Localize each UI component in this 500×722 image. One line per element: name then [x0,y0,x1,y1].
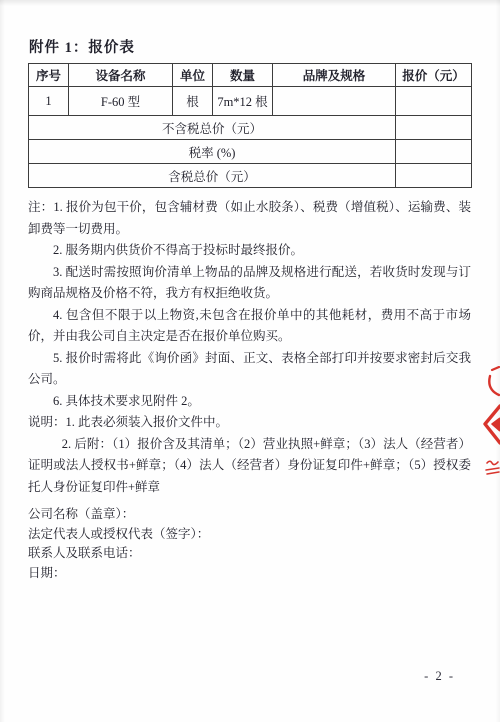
page-number: - 2 - [424,669,455,684]
col-header-price: 报价（元） [396,64,472,87]
note-item-6: 6. 具体技术要求见附件 2。 [28,391,471,413]
scanned-document-page: 附件 1：报价表 序号 设备名称 单位 数量 品牌及规格 报价（元） 1 [0,0,500,722]
summary-row-total-excl-tax: 不含税总价（元） [29,116,472,140]
col-header-quantity: 数量 [213,64,273,87]
summary-label-total-incl-tax: 含税总价（元） [29,164,396,188]
signature-line-date: 日期： [28,564,471,584]
summary-row-total-incl-tax: 含税总价（元） [29,164,472,188]
col-header-seq: 序号 [29,64,69,87]
cell-equipment-name: F-60 型 [69,87,173,116]
cell-brand-spec [273,87,396,116]
page-title: 附件 1：报价表 [29,36,471,57]
quotation-table: 序号 设备名称 单位 数量 品牌及规格 报价（元） 1 F-60 型 根 7m*… [28,63,472,188]
notes-section: 注：1. 报价为包干价，包含辅材费（如止水胶条）、税费（增值税）、运输费、装卸费… [28,197,471,498]
col-header-unit: 单位 [173,64,213,87]
summary-value-total-incl-tax [396,164,472,188]
table-header-row: 序号 设备名称 单位 数量 品牌及规格 报价（元） [29,64,472,87]
signature-line-company-name: 公司名称（盖章）： [28,505,471,525]
signature-section: 公司名称（盖章）： 法定代表人或授权代表（签字）： 联系人及联系电话： 日期： [28,505,471,583]
cell-seq: 1 [29,87,69,116]
red-handwriting-fragment-icon [485,366,500,398]
summary-label-tax-rate: 税率 (%) [29,140,396,164]
cell-quantity: 7m*12 根 [213,87,273,116]
signature-line-legal-representative: 法定代表人或授权代表（签字）： [28,525,471,545]
signature-line-contact: 联系人及联系电话： [28,544,471,564]
instruction-item-2: 2. 后附：（1）报价含及其清单；（2）营业执照+鲜章；（3）法人（经营者）证明… [28,434,471,499]
summary-value-tax-rate [396,140,472,164]
summary-label-total-excl-tax: 不含税总价（元） [29,116,396,140]
col-header-equipment-name: 设备名称 [69,64,173,87]
cell-price [396,87,472,116]
red-small-text-underline-icon [485,458,500,478]
instruction-item-1: 说明：1. 此表必须装入报价文件中。 [28,412,471,434]
summary-value-total-excl-tax [396,116,472,140]
summary-row-tax-rate: 税率 (%) [29,140,472,164]
note-item-2: 2. 服务期内供货价不得高于投标时最终报价。 [28,240,471,262]
note-item-1: 注：1. 报价为包干价，包含辅材费（如止水胶条）、税费（增值税）、运输费、装卸费… [28,197,471,240]
red-chevron-mark-icon [481,402,500,447]
note-item-4: 4. 包含但不限于以上物资,未包含在报价单中的其他耗材，费用不高于市场价，并由我… [28,305,471,348]
note-item-5: 5. 报价时需将此《询价函》封面、正文、表格全部打印并按要求密封后交我公司。 [28,348,471,391]
note-item-3: 3. 配送时需按照询价清单上物品的品牌及规格进行配送，若收货时发现与订购商品规格… [28,262,471,305]
table-row: 1 F-60 型 根 7m*12 根 [29,87,472,116]
col-header-brand-spec: 品牌及规格 [273,64,396,87]
document-content: 附件 1：报价表 序号 设备名称 单位 数量 品牌及规格 报价（元） 1 [28,36,471,583]
cell-unit: 根 [173,87,213,116]
